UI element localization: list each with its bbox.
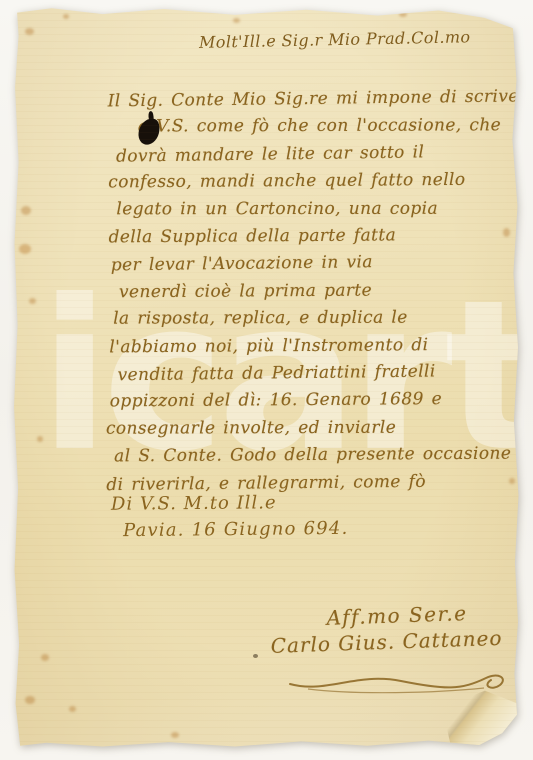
letter-body: Il Sig. Conte Mio Sig.re mi impone di sc… [102,85,505,499]
letter-line: a V.S. come fò che con l'occasione, che [138,113,502,142]
letter-line: della Supplica della parte fatta [109,222,503,252]
foxing-spot [233,18,240,23]
ink-speck [253,654,258,658]
paper-shadow-wrap: icarta Molt'Ill.e Sig.r Mio Prad.Col.mo … [0,0,533,760]
letter-line: al S. Conte. Godo della presente occasio… [114,441,504,471]
foxing-spot [69,706,76,712]
letter-line: venerdì cioè la prima parte [119,276,503,306]
signature-block: Aff.mo Ser.e Carlo Gius. Cattaneo [261,600,503,658]
foxing-spot [503,228,510,237]
letter-line: consegnarle involte, ed inviarle [106,414,504,443]
foxing-spot [41,654,49,661]
letter-salutation: Molt'Ill.e Sig.r Mio Prad.Col.mo [199,27,479,52]
letter-line: dovrà mandare le lite car sotto il [116,138,502,171]
letter-line: l'abbiamo noi, più l'Instromento di [109,331,503,361]
letter-line: legato in un Cartoncino, una copia [116,195,502,223]
signature-flourish [286,668,512,694]
scanned-letter-image: icarta Molt'Ill.e Sig.r Mio Prad.Col.mo … [0,0,533,760]
letter-line: per levar l'Avocazione in via [111,248,503,280]
letter-closing: Di V.S. M.to Ill.e [111,492,277,514]
foxing-spot [25,696,35,704]
letter-line: la risposta, replica, e duplica le [113,305,503,334]
foxing-spot [21,206,31,215]
foxing-spot [509,478,515,484]
foxing-spot [171,732,179,738]
letter-line: Il Sig. Conte Mio Sig.re mi impone di sc… [108,84,502,116]
foxing-spot [399,12,407,17]
letter-paper: icarta Molt'Ill.e Sig.r Mio Prad.Col.mo … [11,6,520,748]
foxing-spot [29,298,36,304]
foxing-spot [19,244,31,254]
letter-dateline: Pavia. 16 Giugno 694. [123,518,349,541]
foxing-spot [63,14,69,19]
letter-line: confesso, mandi anche quel fatto nello [108,167,502,197]
letter-line: vendita fatta da Pedriattini fratelli [117,358,503,390]
foxing-spot [25,28,34,35]
letter-line: oppizzoni del dì: 16. Genaro 1689 e [110,386,504,416]
foxing-spot [37,436,43,442]
